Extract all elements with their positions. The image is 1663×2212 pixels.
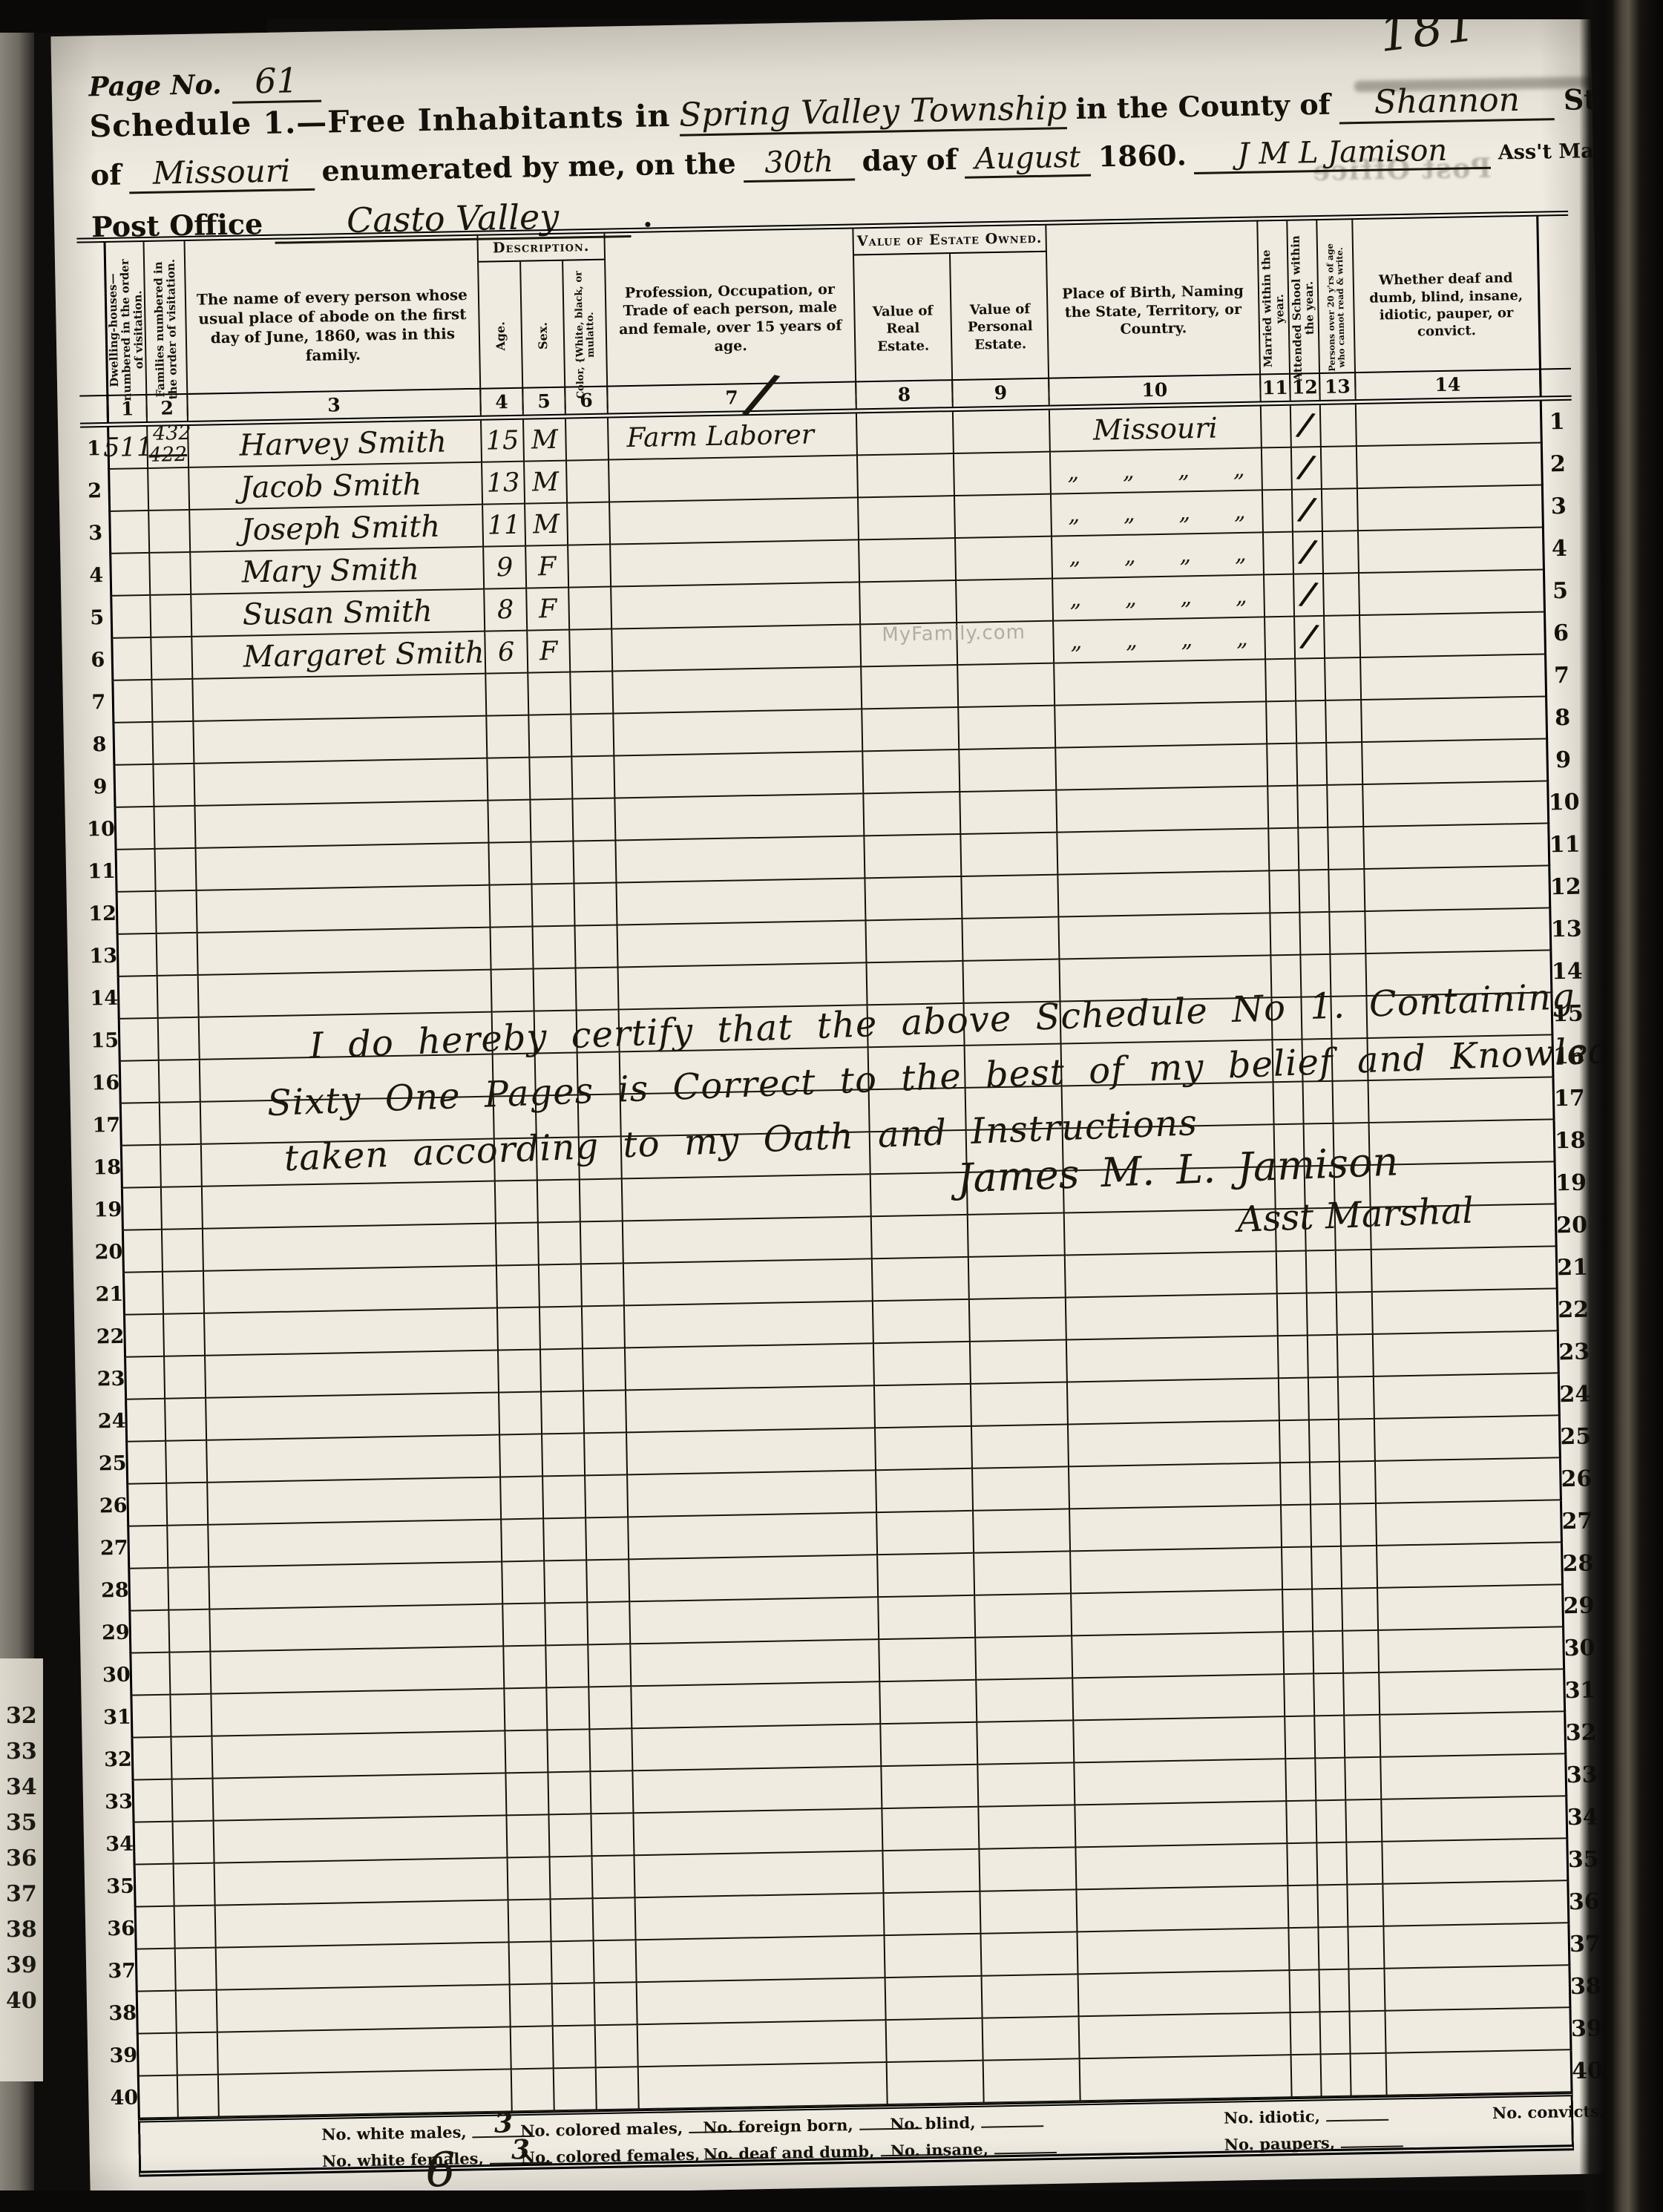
cell-birthplace [1075,1802,1288,1848]
cell-birthplace [1057,829,1270,875]
row-number-left: 33 [105,1781,133,1824]
cell-value-real-estate [881,1723,978,1767]
cell-cannot-read-write [1336,1250,1373,1293]
cell-value-real-estate [879,1596,976,1640]
previous-page-sliver: 323334353637383940 [0,1658,43,2081]
cell-sex [545,1603,588,1646]
previous-page-row-number: 36 [6,1845,37,1871]
cell-dwelling-number [134,1907,176,1950]
county-value: Shannon [1374,81,1520,122]
cell-color [597,2067,640,2110]
cell-married-within-year [1291,2012,1322,2055]
cell-attended-school [1319,1928,1349,1971]
ditto-mark: „ [1069,544,1080,570]
cell-attended-school [1311,1505,1342,1548]
cell-age [512,2069,555,2112]
cell-occupation [637,1936,886,1983]
row-number-right: 7 [1546,654,1577,698]
cell-married-within-year [1284,1632,1314,1675]
cell-deaf-dumb-etc [1387,2050,1573,2096]
cell-age [504,1646,547,1689]
previous-page-row-number: 32 [6,1703,37,1729]
cell-married-within-year [1282,1505,1312,1548]
cell-value-personal-estate [962,876,1059,919]
cell-value-real-estate [875,1385,972,1428]
row-number-left: 10 [88,808,115,851]
cell-person-name [217,1985,511,2032]
cell-family-number: 432422 [148,426,189,469]
column-number-9: 9 [953,379,1050,407]
cell-color [594,1940,637,1983]
cell-value-real-estate [865,835,962,879]
cell-married-within-year [1279,1378,1310,1421]
column-header-label: Sex. [536,322,550,349]
book-binding-edge [1579,0,1663,2212]
cell-occupation [614,709,863,756]
column-number-6: 6 [565,387,609,414]
cell-color [568,503,611,546]
cell-cannot-read-write [1339,1420,1376,1463]
column-header-label: Families numbered in the order of visita… [152,255,180,404]
cell-family-number [175,1906,217,1949]
column-number-13: 13 [1320,373,1357,400]
cell-attended-school [1308,1293,1338,1336]
cell-value-personal-estate [983,1975,1080,2018]
cell-family-number [148,468,190,511]
ditto-mark: „ [1234,499,1246,525]
row-number-left: 28 [101,1569,128,1612]
ditto-mark: „ [1125,585,1137,611]
row-number-right: 3 [1544,485,1574,528]
cell-color [590,1729,633,1772]
cell-attended-school [1315,1716,1345,1759]
watermark: MyFamily.com [882,621,1026,646]
ditto-mark: „ [1236,583,1247,609]
summary-label: No. foreign born, [703,2116,853,2137]
page-no-line: Page No. 61 [88,60,321,107]
cell-sex [551,1899,594,1942]
cell-age [509,1900,552,1943]
cell-deaf-dumb-etc [1377,1500,1563,1546]
cell-birthplace [1054,660,1267,706]
cell-attended-school [1307,1251,1337,1294]
cell-family-number [168,1568,210,1611]
cell-cannot-read-write [1348,1885,1384,1928]
cell-value-personal-estate [957,580,1054,623]
cell-attended-school [1296,701,1327,744]
column-number-3: 3 [188,390,482,421]
attended-school-tick: / [1297,405,1314,443]
ditto-mark: „ [1178,499,1190,525]
cell-value-real-estate [884,1892,981,1936]
column-header-label: Value of Real Estate. [855,302,951,356]
cell-value-personal-estate [976,1636,1073,1680]
column-number-14: 14 [1356,370,1542,400]
cell-age [488,758,531,801]
column-number-2: 2 [147,395,188,421]
cell-age [497,1265,540,1308]
column-header-2: Families numbered in the order of visita… [145,241,188,417]
cell-person-name [206,1393,500,1440]
cell-sex [542,1391,585,1434]
row-number-left: 12 [89,893,117,936]
attended-school-tick: / [1300,574,1317,612]
cell-cannot-read-write [1343,1631,1380,1674]
cell-birthplace [1079,1971,1291,2017]
cell-married-within-year [1262,406,1292,449]
cell-married-within-year [1262,448,1293,491]
cell-married-within-year [1287,1801,1317,1844]
cell-dwelling-number [119,1061,160,1104]
cell-cannot-read-write [1349,1969,1385,2012]
cell-married-within-year [1279,1336,1309,1379]
cell-sex [538,1180,581,1223]
cell-value-real-estate [871,1173,968,1217]
summary-item: No. insane, [890,2139,1057,2160]
cell-deaf-dumb-etc [1362,739,1549,785]
cell-occupation [637,1978,887,2025]
cell-married-within-year [1269,829,1299,872]
cell-attended-school: / [1293,532,1324,575]
cell-person-name [215,1858,509,1906]
cell-sex [542,1434,586,1477]
cell-value-personal-estate [977,1721,1075,1765]
cell-occupation [627,1428,876,1475]
cell-family-number [160,1060,201,1103]
ditto-mark: „ [1179,542,1191,568]
cell-person-name [205,1309,499,1356]
cell-occupation [610,498,859,545]
township-value: Spring Valley Township [679,89,1067,134]
cell-age [511,2026,554,2070]
row-number-left: 21 [96,1273,123,1316]
cell-sex [534,968,577,1011]
cell-value-personal-estate [954,453,1052,496]
cell-cannot-read-write [1340,1462,1377,1505]
cell-age [500,1434,543,1477]
cell-dwelling-number [119,1103,161,1146]
cell-value-personal-estate [954,410,1051,454]
cell-occupation [616,836,865,883]
cell-deaf-dumb-etc [1375,1416,1561,1462]
cell-dwelling-number [120,1146,162,1189]
row-number-left: 29 [102,1612,129,1655]
column-header-3: The name of every person whose usual pla… [186,236,482,416]
row-number-left: 3 [82,512,109,555]
cell-value-personal-estate [979,1805,1076,1849]
cell-married-within-year [1282,1547,1313,1590]
cell-dwelling-number [134,1865,175,1908]
column-header-label: Whether deaf and dumb, blind, insane, id… [1360,269,1533,342]
cell-dwelling-number [135,1949,177,1992]
ditto-mark: „ [1068,502,1080,528]
row-number-left: 30 [102,1654,130,1697]
row-number-left: 25 [99,1443,126,1486]
cell-birthplace [1068,1379,1280,1425]
cell-birthplace [1069,1463,1282,1509]
cell-value-personal-estate [980,1848,1077,1891]
cell-person-name [199,971,493,1018]
cell-deaf-dumb-etc [1363,781,1549,827]
cell-value-personal-estate [955,495,1052,539]
cell-occupation [639,2063,888,2110]
scan-top-edge-left [0,0,267,33]
cell-deaf-dumb-etc [1385,1966,1571,2012]
cell-person-name [197,844,491,891]
cell-attended-school [1312,1547,1342,1590]
cell-cannot-read-write [1328,785,1364,828]
cell-family-number [173,1779,214,1822]
cell-family-number [163,1272,205,1315]
cell-birthplace [1076,1844,1288,1890]
column-header-label: Profession, Occupation, or Trade of each… [612,280,849,358]
cell-value-real-estate [886,1977,983,2021]
cell-deaf-dumb-etc [1380,1712,1567,1758]
cell-age: 6 [485,631,528,675]
summary-label: No. paupers, [1224,2133,1336,2154]
cell-value-real-estate [882,1808,980,1851]
cell-value-real-estate [863,750,960,794]
cell-color [570,630,613,673]
cell-deaf-dumb-etc [1357,444,1544,490]
row-number-left: 6 [84,639,111,682]
cell-sex [545,1560,588,1604]
cell-deaf-dumb-etc [1372,1247,1558,1293]
cell-cannot-read-write [1325,658,1362,701]
cell-deaf-dumb-etc [1383,1881,1569,1927]
cell-family-number [171,1737,213,1780]
column-header-label: Value of Personal Estate. [951,301,1049,355]
ditto-mark: „ [1070,629,1082,654]
cell-deaf-dumb-etc [1365,908,1552,954]
cell-dwelling-number [115,850,157,893]
cell-attended-school: / [1295,617,1325,660]
cell-dwelling-number [128,1569,169,1612]
cell-color [591,1771,634,1814]
cell-value-real-estate [873,1300,971,1344]
cell-color [583,1348,626,1391]
cell-value-personal-estate [968,1213,1066,1257]
cell-occupation [634,1809,883,1856]
cell-value-personal-estate [961,833,1058,877]
cell-age [489,843,532,886]
cell-dwelling-number [124,1357,165,1400]
cell-family-number [161,1145,203,1188]
cell-attended-school [1317,1843,1348,1886]
cell-sex [532,885,575,928]
cell-married-within-year [1288,1843,1318,1886]
cell-sex [539,1222,582,1265]
cell-age [492,970,535,1013]
cell-age [488,801,531,844]
cell-value-personal-estate [960,749,1057,792]
cell-attended-school [1316,1759,1346,1802]
cell-family-number [159,1018,200,1061]
cell-value-personal-estate [982,1932,1079,1976]
column-number-7: 7∕ [608,382,857,413]
cell-family-number [171,1695,212,1738]
cell-sex [530,758,573,801]
row-number-left: 35 [107,1865,134,1909]
cell-cannot-read-write [1338,1335,1374,1378]
cell-occupation [636,1894,885,1940]
cell-person-name [212,1731,506,1779]
cell-birthplace [1058,871,1270,917]
cell-age: 15 [482,420,525,463]
scanned-census-page: { "page": { "page_no_label": "Page No.",… [0,0,1663,2212]
description-group: Description.Age.Sex.Color, {White, black… [478,234,608,411]
cell-value-real-estate [862,708,960,752]
cell-value-personal-estate [971,1382,1069,1426]
cell-dwelling-number [130,1696,171,1739]
row-number-right: 5 [1545,570,1575,613]
cell-value-personal-estate [978,1763,1075,1807]
column-number-1: 1 [106,396,148,422]
row-number-left: 5 [83,597,111,640]
cell-dwelling-number [125,1442,167,1485]
cell-birthplace [1055,702,1267,748]
cell-occupation [632,1682,881,1729]
cell-married-within-year [1265,617,1296,660]
cell-birthplace: „„„„ [1052,533,1265,579]
cell-value-real-estate [865,877,962,921]
cell-sex [551,1857,594,1900]
cell-dwelling-number [127,1526,168,1569]
cell-age: 8 [485,589,528,632]
cell-dwelling-number [109,554,151,597]
row-number-left: 20 [95,1231,122,1274]
cell-color [577,968,620,1011]
cell-family-number [150,553,191,596]
cell-occupation [626,1344,875,1391]
estate-group: Value of Estate Owned.Value of Real Esta… [853,226,1049,404]
cell-age: 13 [482,462,525,505]
summary-blank [994,2140,1057,2155]
cell-sex [553,1983,596,2026]
cell-person-name: Susan Smith [191,590,485,637]
cell-value-personal-estate [975,1594,1072,1638]
cell-deaf-dumb-etc [1384,1923,1570,1969]
column-number-8: 8 [856,381,954,408]
cell-married-within-year [1263,490,1293,534]
cell-sex: F [528,631,571,674]
cell-occupation [632,1724,882,1771]
cell-age [499,1392,542,1435]
cell-value-personal-estate [977,1678,1074,1722]
column-header-label: Persons over 20 y'rs of age who cannot r… [1325,233,1347,381]
cell-sex: M [525,462,568,505]
summary-item: No. idiotic, [1224,2106,1388,2127]
description-group-title: Description. [478,234,604,263]
cell-value-real-estate [862,666,959,709]
cell-deaf-dumb-etc [1379,1627,1565,1673]
cell-person-name [194,759,488,807]
cell-family-number [162,1187,203,1230]
cell-cannot-read-write [1329,870,1365,913]
cell-age [499,1350,542,1393]
cell-deaf-dumb-etc [1361,654,1547,700]
row-number-left: 26 [99,1485,127,1528]
cell-deaf-dumb-etc [1357,401,1543,447]
row-number-left: 34 [106,1823,134,1866]
cell-value-personal-estate [958,664,1055,708]
cell-color [571,715,614,758]
cell-age: 9 [484,547,527,590]
cell-sex: M [524,419,567,462]
cell-dwelling-number [128,1611,170,1654]
cell-cannot-read-write [1324,574,1360,617]
cell-cannot-read-write [1337,1293,1374,1336]
cell-value-real-estate [864,792,961,836]
cell-dwelling-number [121,1188,163,1231]
summary-label: No. colored males, [520,2119,683,2140]
ditto-mark: „ [1069,586,1081,612]
cell-value-personal-estate [971,1340,1068,1384]
cell-person-name [197,886,491,933]
cell-cannot-read-write [1341,1504,1377,1547]
cell-deaf-dumb-etc [1381,1754,1567,1800]
cell-deaf-dumb-etc [1362,697,1548,743]
birthplace-ditto-marks: „„„„ [1054,625,1265,654]
column-header-10: Place of Birth, Naming the State, Territ… [1046,221,1261,400]
cell-married-within-year [1292,2055,1322,2098]
cell-cannot-read-write [1323,531,1359,574]
county-label: in the County of [1075,88,1331,125]
cell-birthplace [1057,787,1269,833]
cell-value-personal-estate [974,1509,1071,1553]
estate-group-title: Value of Estate Owned. [853,226,1046,256]
cell-sex [531,800,574,843]
cell-attended-school [1322,2055,1352,2098]
summary-item: No. blind, [890,2112,1044,2133]
cell-deaf-dumb-etc [1378,1585,1564,1631]
cell-married-within-year [1280,1420,1311,1463]
cell-person-name: Margaret Smith [192,632,486,680]
previous-page-row-number: 38 [6,1917,37,1943]
day-of-label: day of [862,142,957,177]
page-no-value: 61 [255,60,299,101]
row-number-left: 17 [93,1104,120,1147]
row-number-right: 1 [1542,401,1572,444]
row-number-left: 4 [82,554,110,597]
cell-family-number [152,680,194,723]
cell-birthplace: „„„„ [1051,448,1263,494]
column-header-1: Dwelling-houses—numbered in the order of… [104,242,148,418]
cell-age [505,1688,548,1731]
cell-attended-school: / [1294,574,1325,617]
cell-married-within-year [1289,1928,1319,1971]
cell-sex [554,2068,597,2111]
cell-family-number [165,1356,206,1399]
cell-occupation [635,1851,885,1898]
cell-color [594,1898,637,1941]
cell-attended-school [1298,786,1328,829]
column-number-10: 10 [1049,375,1262,404]
of-label: of [90,158,122,192]
cell-family-number [156,849,197,892]
cell-occupation [638,2021,888,2067]
cell-value-real-estate [860,581,957,625]
cell-family-number [160,1103,202,1146]
cell-sex [554,2026,597,2069]
cell-value-personal-estate [960,791,1057,835]
cell-occupation [614,752,864,798]
page-no-label: Page No. [88,69,222,102]
cell-family-number [151,637,193,680]
cell-attended-school [1296,659,1326,702]
summary-label: No. white females, [322,2149,484,2170]
row-number-left: 31 [103,1696,131,1739]
